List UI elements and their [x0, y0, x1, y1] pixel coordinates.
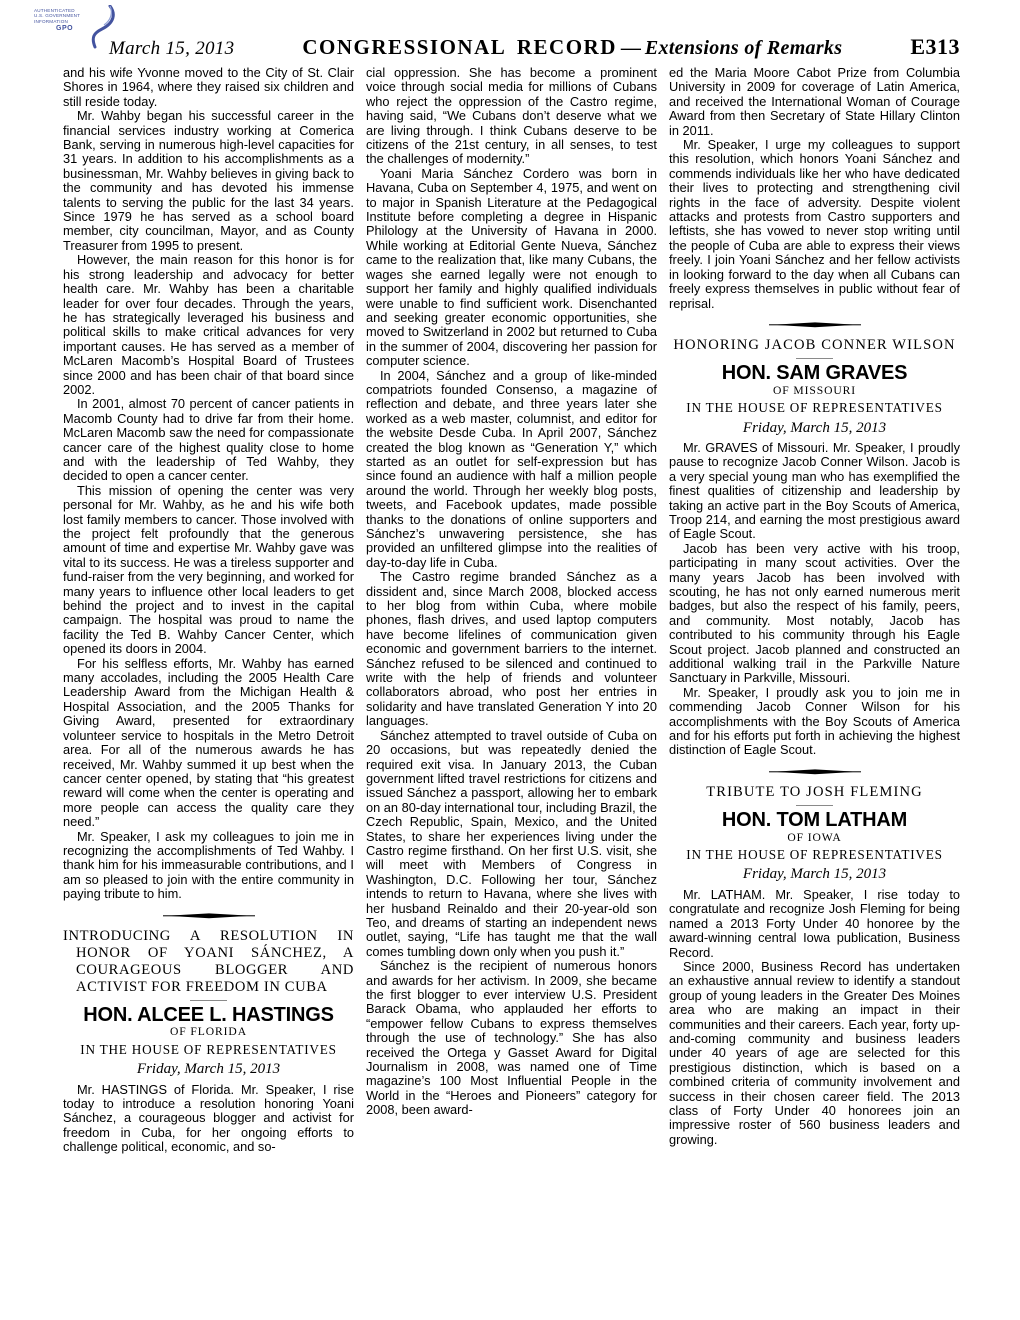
- section-separator: [669, 769, 960, 775]
- section-separator: [63, 913, 354, 919]
- separator-rule-icon: [769, 322, 861, 328]
- paragraph: Mr. GRAVES of Missouri. Mr. Speaker, I p…: [669, 441, 960, 542]
- paragraph: Mr. HASTINGS of Florida. Mr. Speaker, I …: [63, 1083, 354, 1155]
- issue-date: March 15, 2013: [109, 38, 234, 60]
- paragraph: The Castro regime branded Sánchez as a d…: [366, 570, 657, 728]
- chamber-line: IN THE HOUSE OF REPRESENTATIVES: [669, 401, 960, 415]
- column-2: cial oppression. She has become a promin…: [366, 66, 657, 1155]
- column-3: ed the Maria Moore Cabot Prize from Colu…: [669, 66, 960, 1155]
- paragraph: Mr. Speaker, I urge my colleagues to sup…: [669, 138, 960, 311]
- section-title: TRIBUTE TO JOSH FLEMING: [669, 784, 960, 801]
- member-name: HON. ALCEE L. HASTINGS: [63, 1008, 354, 1022]
- session-date: Friday, March 15, 2013: [63, 1062, 354, 1076]
- record-section: Extensions of Remarks: [645, 37, 842, 59]
- paragraph: cial oppression. She has become a promin…: [366, 66, 657, 167]
- record-masthead: CONGRESSIONAL RECORD—Extensions of Remar…: [234, 35, 910, 60]
- paragraph: However, the main reason for this honor …: [63, 253, 354, 397]
- masthead-dash: —: [617, 37, 645, 59]
- paragraph: ed the Maria Moore Cabot Prize from Colu…: [669, 66, 960, 138]
- paragraph: Sánchez attempted to travel outside of C…: [366, 729, 657, 960]
- member-state: OF IOWA: [669, 831, 960, 845]
- paragraph: Since 2000, Business Record has undertak…: [669, 960, 960, 1147]
- title-rule: [190, 1000, 227, 1001]
- record-title: CONGRESSIONAL RECORD: [302, 35, 616, 59]
- section-title: INTRODUCING A RESOLUTION IN HONOR OF YOA…: [63, 928, 354, 996]
- paragraph: This mission of opening the center was v…: [63, 484, 354, 657]
- page-header: March 15, 2013 CONGRESSIONAL RECORD—Exte…: [63, 34, 960, 62]
- paragraph: In 2001, almost 70 percent of cancer pat…: [63, 397, 354, 483]
- paragraph: Sánchez is the recipient of numerous hon…: [366, 959, 657, 1117]
- paragraph: Mr. Wahby began his successful career in…: [63, 109, 354, 253]
- member-name: HON. SAM GRAVES: [669, 366, 960, 380]
- separator-rule-icon: [769, 769, 861, 775]
- text-columns: and his wife Yvonne moved to the City of…: [63, 66, 960, 1155]
- paragraph: Mr. Speaker, I ask my colleagues to join…: [63, 830, 354, 902]
- paragraph: Mr. LATHAM. Mr. Speaker, I rise today to…: [669, 888, 960, 960]
- gpo-acronym: GPO: [56, 26, 80, 31]
- column-1: and his wife Yvonne moved to the City of…: [63, 66, 354, 1155]
- separator-rule-icon: [163, 913, 255, 919]
- chamber-line: IN THE HOUSE OF REPRESENTATIVES: [63, 1043, 354, 1057]
- paragraph: Mr. Speaker, I proudly ask you to join m…: [669, 686, 960, 758]
- gpo-logo-text: AUTHENTICATED U.S. GOVERNMENT INFORMATIO…: [34, 8, 80, 32]
- section-title: HONORING JACOB CONNER WILSON: [669, 337, 960, 354]
- title-rule: [796, 805, 833, 806]
- paragraph: Yoani Maria Sánchez Cordero was born in …: [366, 167, 657, 369]
- gpo-logo-line: INFORMATION: [34, 19, 80, 24]
- paragraph: Jacob has been very active with his troo…: [669, 542, 960, 686]
- session-date: Friday, March 15, 2013: [669, 421, 960, 435]
- member-state: OF MISSOURI: [669, 384, 960, 398]
- congressional-record-page: AUTHENTICATED U.S. GOVERNMENT INFORMATIO…: [0, 0, 1020, 1320]
- chamber-line: IN THE HOUSE OF REPRESENTATIVES: [669, 848, 960, 862]
- paragraph: In 2004, Sánchez and a group of like-min…: [366, 369, 657, 571]
- section-separator: [669, 322, 960, 328]
- title-rule: [796, 358, 833, 359]
- session-date: Friday, March 15, 2013: [669, 867, 960, 881]
- paragraph: For his selfless efforts, Mr. Wahby has …: [63, 657, 354, 830]
- member-state: OF FLORIDA: [63, 1025, 354, 1039]
- page-number: E313: [910, 34, 960, 60]
- paragraph: and his wife Yvonne moved to the City of…: [63, 66, 354, 109]
- member-name: HON. TOM LATHAM: [669, 813, 960, 827]
